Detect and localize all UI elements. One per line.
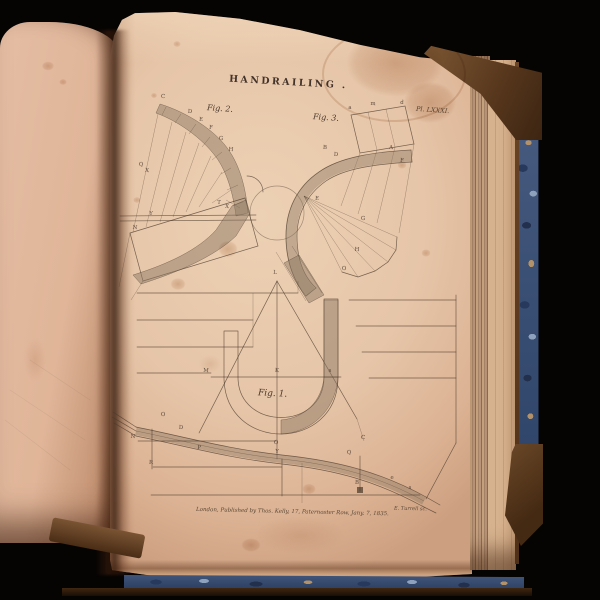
diagram-letter: E <box>315 196 319 202</box>
diagram-letter: O <box>342 266 347 272</box>
diagram-letter: D <box>334 152 339 158</box>
diagram-letter: R <box>149 460 153 466</box>
diagram-letter: d <box>400 100 404 106</box>
diagram-letter: Y <box>149 211 153 217</box>
diagram-letter: A <box>389 145 393 151</box>
diagram-letter: C <box>161 94 166 100</box>
diagram-letter: D <box>179 425 184 431</box>
diagram-letter: C <box>361 435 366 441</box>
diagram-letter: F <box>209 125 213 131</box>
diagram-letter: Q <box>347 450 352 456</box>
diagram-letter: G <box>219 136 224 142</box>
diagram-letter: H <box>354 247 359 253</box>
diagram-letter: X <box>225 204 229 210</box>
diagram-letter: Y <box>275 449 279 455</box>
diagram-letter: s <box>328 368 331 374</box>
diagram-letter: H <box>228 147 233 153</box>
book-photograph: HANDRAILING . Pl. LXXXI. Fig. 2.Fig. 3.F… <box>0 0 600 600</box>
diagram-letter: N <box>130 434 135 440</box>
diagram-letter: m <box>370 101 376 107</box>
diagram-letter: L <box>273 270 277 276</box>
diagram-letter: O <box>274 440 279 446</box>
diagram-letter: X <box>145 168 149 174</box>
diagram-letter: G <box>361 216 366 222</box>
diagram-letter: O <box>161 412 166 418</box>
diagram-letter: Q <box>139 162 144 168</box>
engraver-credit: E. Turrell sc. <box>394 506 427 513</box>
diagram-letter: M <box>203 368 209 374</box>
diagram-letter: F <box>400 158 404 164</box>
diagram-letter: N <box>132 225 137 231</box>
diagram-letter: E <box>199 117 203 123</box>
diagram-letter: B <box>355 480 359 486</box>
diagram-letter: e <box>390 475 394 481</box>
diagram-letter: D <box>188 109 193 115</box>
diagram-letter: T <box>217 200 221 206</box>
diagram-letter: s <box>408 485 411 491</box>
diagram-letter: P <box>197 445 201 451</box>
diagram-letter: B <box>323 145 327 151</box>
diagram-letter: K <box>275 368 279 374</box>
diagram-letter: a <box>348 105 352 111</box>
